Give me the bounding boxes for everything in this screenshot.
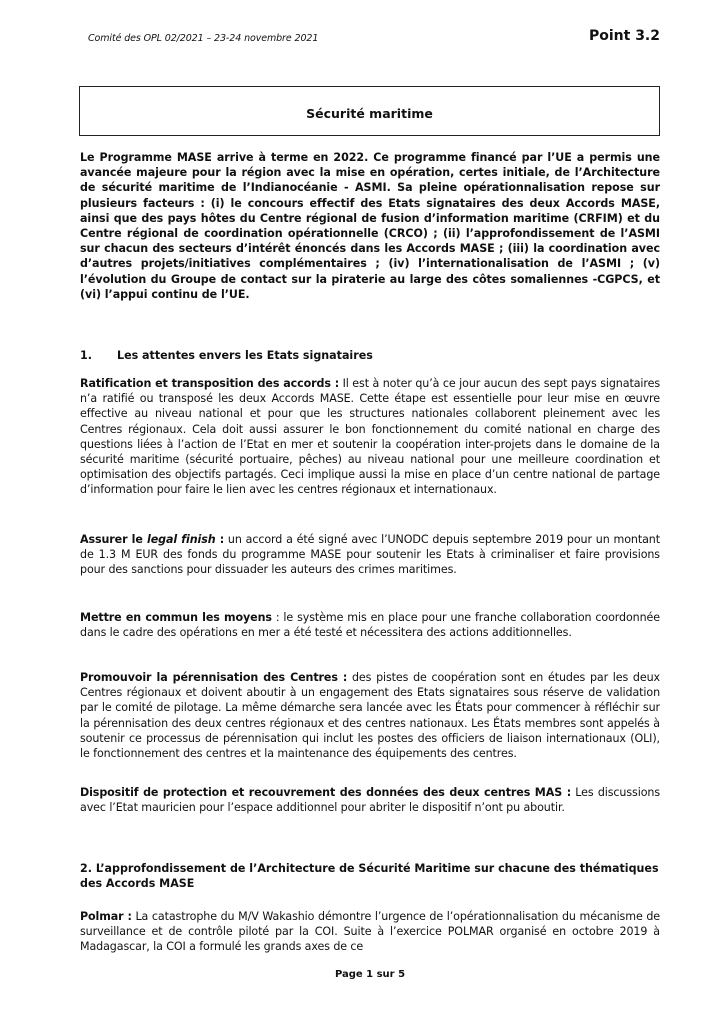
paragraph-lead-suffix: : xyxy=(216,533,225,546)
paragraph-common-means: Mettre en commun les moyens : le système… xyxy=(80,610,660,640)
paragraph-data-protection: Dispositif de protection et recouvrement… xyxy=(80,785,660,815)
agenda-point: Point 3.2 xyxy=(589,28,660,44)
paragraph-lead: Promouvoir la pérennisation des Centres … xyxy=(80,671,347,684)
paragraph-polmar: Polmar : La catastrophe du M/V Wakashio … xyxy=(80,909,660,955)
paragraph-text: La catastrophe du M/V Wakashio démontre … xyxy=(80,910,660,953)
page-number: Page 1 sur 5 xyxy=(80,969,660,980)
title-box: Sécurité maritime xyxy=(79,86,660,136)
paragraph-text: Il est à noter qu’à ce jour aucun des se… xyxy=(80,377,660,496)
paragraph-lead-prefix: Assurer le xyxy=(80,533,147,546)
paragraph-lead-italic: legal finish xyxy=(147,533,216,546)
paragraph-ratification: Ratification et transposition des accord… xyxy=(80,376,660,498)
running-header: Comité des OPL 02/2021 – 23-24 novembre … xyxy=(80,28,660,48)
section-heading-1: 1.Les attentes envers les Etats signatai… xyxy=(80,348,660,363)
paragraph-text: des pistes de coopération sont en études… xyxy=(80,671,660,760)
intro-paragraph: Le Programme MASE arrive à terme en 2022… xyxy=(80,150,660,302)
paragraph-lead: Mettre en commun les moyens xyxy=(80,611,272,624)
paragraph-legal-finish: Assurer le legal finish : un accord a ét… xyxy=(80,532,660,578)
section-heading-2: 2. L’approfondissement de l’Architecture… xyxy=(80,861,660,891)
document-title: Sécurité maritime xyxy=(306,106,433,121)
section-title: L’approfondissement de l’Architecture de… xyxy=(80,862,659,890)
meeting-reference: Comité des OPL 02/2021 – 23-24 novembre … xyxy=(88,33,318,44)
paragraph-lead: Polmar : xyxy=(80,910,132,923)
paragraph-lead: Ratification et transposition des accord… xyxy=(80,377,339,390)
section-number: 1. xyxy=(80,348,117,363)
paragraph-lead: Dispositif de protection et recouvrement… xyxy=(80,786,571,799)
section-title: Les attentes envers les Etats signataire… xyxy=(117,349,373,362)
section-number: 2. xyxy=(80,862,92,875)
paragraph-perennisation: Promouvoir la pérennisation des Centres … xyxy=(80,670,660,761)
